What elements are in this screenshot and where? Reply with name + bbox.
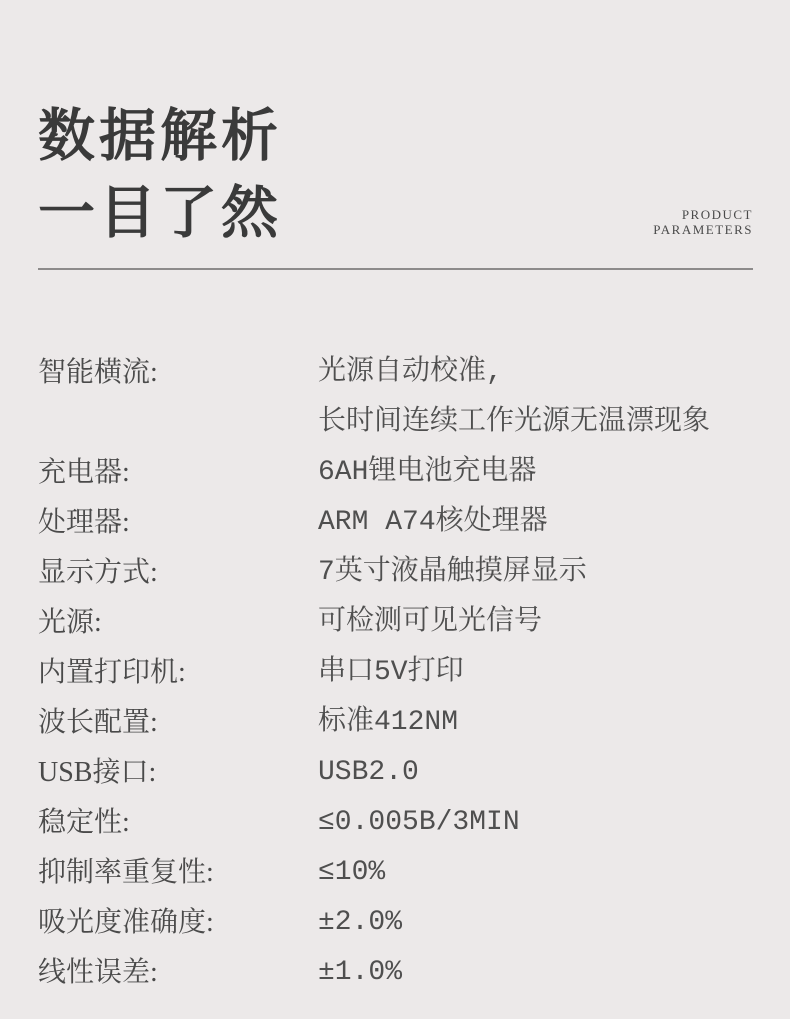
spec-row-light-source: 光源: 可检测可见光信号 [38,598,753,648]
spec-row-wavelength: 波长配置: 标准412NM [38,698,753,748]
spec-value: ±1.0% [318,948,753,998]
spec-row-usb: USB接口: USB2.0 [38,748,753,798]
subtitle-line1: PRODUCT [653,207,753,222]
spec-value: ≤10% [318,848,753,898]
spec-value: 可检测可见光信号 [318,598,753,648]
spec-label: 内置打印机: [38,648,318,698]
page-title: 数据解析 一目了然 [38,98,282,252]
subtitle: PRODUCT PARAMETERS [653,207,753,237]
spec-label: 光源: [38,598,318,648]
spec-row-printer: 内置打印机: 串口5V打印 [38,648,753,698]
spec-value: 6AH锂电池充电器 [318,448,753,498]
subtitle-line2: PARAMETERS [653,222,753,237]
spec-label: USB接口: [38,748,318,798]
page-title-line1: 数据解析 [38,105,282,168]
spec-value: ≤0.005B/3MIN [318,798,753,848]
spec-value: 光源自动校准, 长时间连续工作光源无温漂现象 [318,348,753,448]
divider [38,268,753,270]
spec-list: 智能横流: 光源自动校准, 长时间连续工作光源无温漂现象 充电器: 6AH锂电池… [38,348,753,998]
spec-value-line1: 光源自动校准, [318,348,753,398]
spec-row-smart-current: 智能横流: 光源自动校准, 长时间连续工作光源无温漂现象 [38,348,753,448]
spec-row-charger: 充电器: 6AH锂电池充电器 [38,448,753,498]
spec-row-absorbance-accuracy: 吸光度准确度: ±2.0% [38,898,753,948]
spec-label: 吸光度准确度: [38,898,318,948]
spec-label: 处理器: [38,498,318,548]
spec-value: 7英寸液晶触摸屏显示 [318,548,753,598]
spec-label: 稳定性: [38,798,318,848]
spec-value: 标准412NM [318,698,753,748]
spec-value: ARM A74核处理器 [318,498,753,548]
spec-label: 线性误差: [38,948,318,998]
spec-row-repeatability: 抑制率重复性: ≤10% [38,848,753,898]
spec-label: 抑制率重复性: [38,848,318,898]
spec-row-stability: 稳定性: ≤0.005B/3MIN [38,798,753,848]
spec-value: ±2.0% [318,898,753,948]
spec-label: 显示方式: [38,548,318,598]
spec-label: 波长配置: [38,698,318,748]
spec-row-display: 显示方式: 7英寸液晶触摸屏显示 [38,548,753,598]
spec-value: 串口5V打印 [318,648,753,698]
spec-label: 充电器: [38,448,318,498]
page-title-line2: 一目了然 [38,182,282,245]
spec-label: 智能横流: [38,348,318,448]
spec-value-line2: 长时间连续工作光源无温漂现象 [318,398,753,448]
spec-row-processor: 处理器: ARM A74核处理器 [38,498,753,548]
spec-row-linearity-error: 线性误差: ±1.0% [38,948,753,998]
spec-value: USB2.0 [318,748,753,798]
